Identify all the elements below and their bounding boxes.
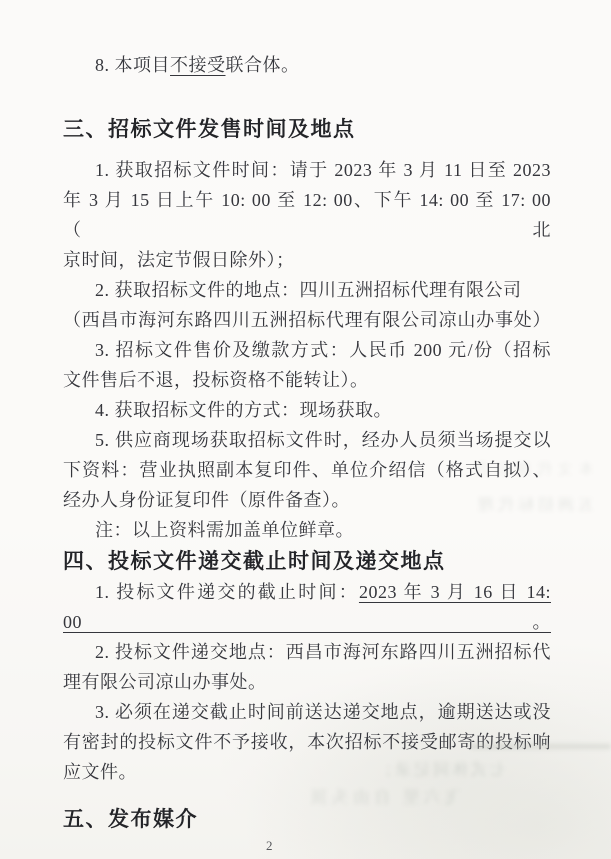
text-segment: 联合体。 [226,55,300,75]
text-segment: 文件售后不退，投标资格不能转让）。 [63,370,369,390]
text-segment: 注：以上资料需加盖单位鲜章。 [95,520,354,540]
section-heading-sale-time-location: 三、招标文件发售时间及地点 [63,115,551,145]
text-segment: 应文件。 [63,762,137,782]
text-line: 1. 获取招标文件时间：请于 2023 年 3 月 11 日至 2023 [63,155,551,185]
text-segment: 3. 必须在递交截止时间前送达递交地点，逾期送达或没 [95,702,551,722]
text-line: 3. 必须在递交截止时间前送达递交地点，逾期送达或没 [63,697,551,727]
section-heading-publication-media: 五、发布媒介 [63,805,551,835]
text-segment: 年 3 月 15 日上午 10: 00 至 12: 00、下午 14: 00 至… [63,190,551,240]
text-segment: 3. 招标文件售价及缴款方式：人民币 200 元/份（招标 [95,340,551,360]
text-line: 京时间，法定节假日除外）； [63,245,551,275]
text-line: 文件售后不退，投标资格不能转让）。 [63,365,551,395]
text-segment: 下资料：营业执照副本复印件、单位介绍信（格式自拟）、 [63,460,551,480]
section-heading-submission-deadline-location: 四、投标文件递交截止时间及递交地点 [63,547,551,577]
text-line: 5. 供应商现场获取招标文件时，经办人员须当场提交以 [63,425,551,455]
text-line: 经办人身份证复印件（原件备查）。 [63,485,551,515]
text-line: 8. 本项目不接受联合体。 [63,50,551,80]
text-segment: （西昌市海河东路四川五洲招标代理有限公司凉山办事处） [63,310,551,330]
text-line: 应文件。 [63,757,551,787]
text-line: 年 3 月 15 日上午 10: 00 至 12: 00、下午 14: 00 至… [63,185,551,245]
text-line: 注：以上资料需加盖单位鲜章。 [63,515,551,545]
text-segment: 2. 获取招标文件的地点：四川五洲招标代理有限公司 [95,280,522,300]
text-line: 2. 获取招标文件的地点：四川五洲招标代理有限公司 [63,275,551,305]
text-line: （西昌市海河东路四川五洲招标代理有限公司凉山办事处） [63,305,551,335]
text-line: 4. 获取招标文件的方式：现场获取。 [63,395,551,425]
scanned-document-page: 8. 本项目不接受联合体。三、招标文件发售时间及地点1. 获取招标文件时间：请于… [0,0,611,859]
text-segment: 8. 本项目 [95,55,170,75]
document-body: 8. 本项目不接受联合体。三、招标文件发售时间及地点1. 获取招标文件时间：请于… [63,50,551,835]
text-line: 3. 招标文件售价及缴款方式：人民币 200 元/份（招标 [63,335,551,365]
text-segment: 1. 获取招标文件时间：请于 2023 年 3 月 11 日至 2023 [95,160,551,180]
text-segment: 5. 供应商现场获取招标文件时，经办人员须当场提交以 [95,430,551,450]
text-segment: 2. 投标文件递交地点：西昌市海河东路四川五洲招标代 [95,642,551,662]
text-segment: 4. 获取招标文件的方式：现场获取。 [95,400,392,420]
text-segment: 有密封的投标文件不予接收，本次招标不接受邮寄的投标响 [63,732,551,752]
text-segment: 理有限公司凉山办事处。 [63,672,267,692]
text-segment: 经办人身份证复印件（原件备查）。 [63,490,350,510]
text-line: 2. 投标文件递交地点：西昌市海河东路四川五洲招标代 [63,637,551,667]
text-line: 理有限公司凉山办事处。 [63,667,551,697]
page-number: 2 [266,838,273,854]
text-segment: 1. 投标文件递交的截止时间： [95,582,359,602]
text-line: 有密封的投标文件不予接收，本次招标不接受邮寄的投标响 [63,727,551,757]
underlined-text: 不接受 [170,55,226,75]
text-line: 1. 投标文件递交的截止时间：2023 年 3 月 16 日 14: 00。 [63,577,551,637]
text-line: 下资料：营业执照副本复印件、单位介绍信（格式自拟）、 [63,455,551,485]
text-segment: 京时间，法定节假日除外）； [63,250,295,270]
